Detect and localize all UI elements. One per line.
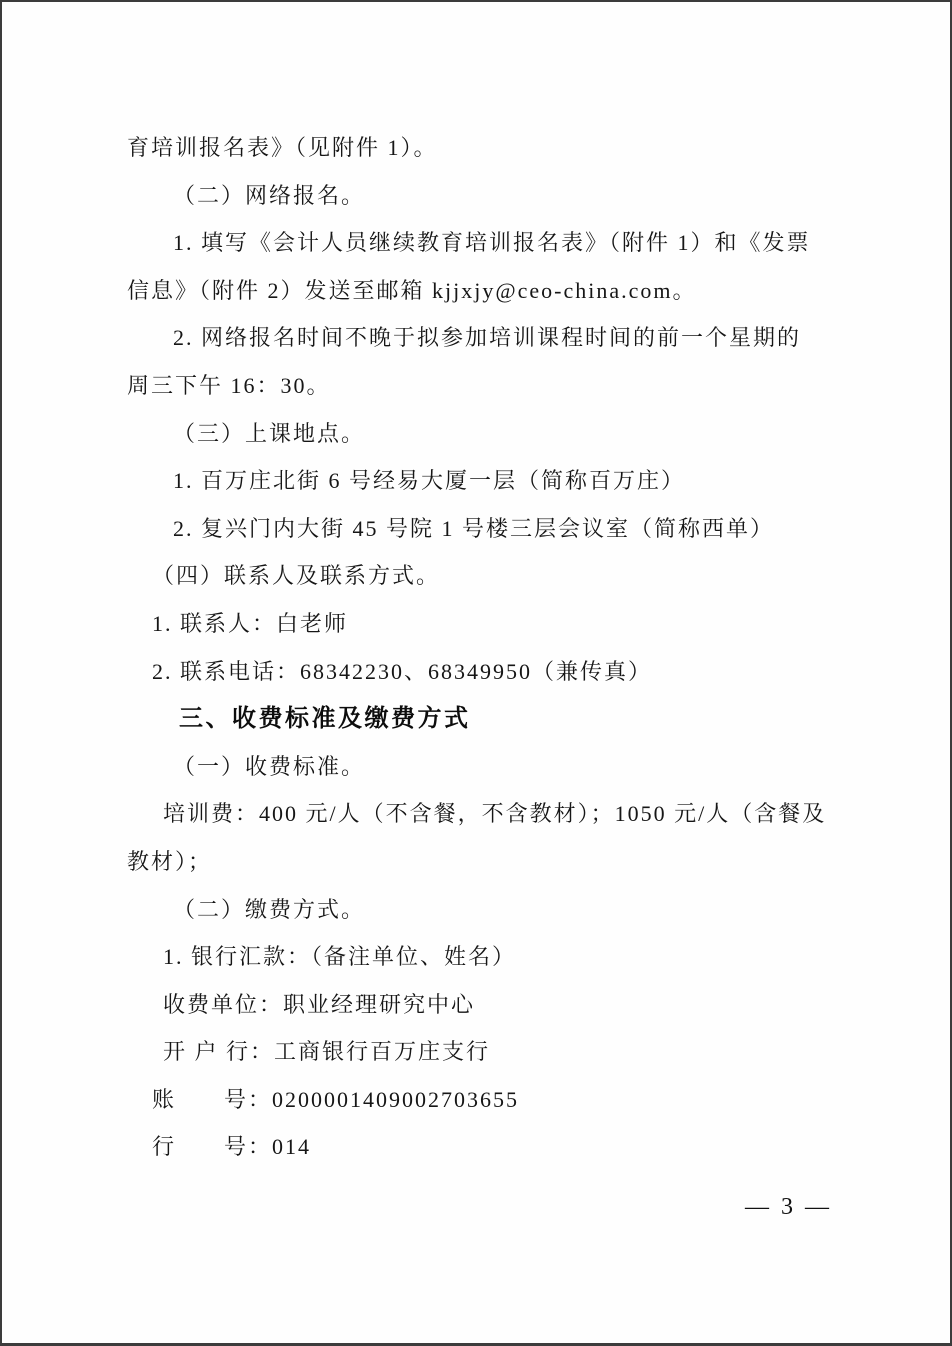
text-line: 1. 填写《会计人员继续教育培训报名表》（附件 1）和《发票 [127, 219, 832, 267]
text-line: 2. 复兴门内大街 45 号院 1 号楼三层会议室（简称西单） [127, 505, 832, 553]
text-line: 1. 银行汇款：（备注单位、姓名） [127, 933, 832, 981]
text-line-subheading: （四）联系人及联系方式。 [127, 552, 832, 600]
text-line-continuation: 教材）； [127, 838, 832, 886]
text-line-continuation: 周三下午 16：30。 [127, 362, 832, 410]
text-line-subheading: （一）收费标准。 [127, 743, 832, 791]
text-line-continuation: 信息》（附件 2）发送至邮箱 kjjxjy@ceo-china.com。 [127, 267, 832, 315]
document-body: 育培训报名表》（见附件 1）。 （二）网络报名。 1. 填写《会计人员继续教育培… [127, 124, 832, 1231]
text-line: 2. 网络报名时间不晚于拟参加培训课程时间的前一个星期的 [127, 314, 832, 362]
text-line-payee: 收费单位：职业经理研究中心 [127, 981, 832, 1029]
text-line-subheading: （三）上课地点。 [127, 410, 832, 458]
text-line-bank-branch: 开 户 行：工商银行百万庄支行 [127, 1028, 832, 1076]
text-line-subheading: （二）缴费方式。 [127, 886, 832, 934]
document-page: 育培训报名表》（见附件 1）。 （二）网络报名。 1. 填写《会计人员继续教育培… [0, 0, 952, 1346]
text-line: 1. 百万庄北街 6 号经易大厦一层（简称百万庄） [127, 457, 832, 505]
text-line-continuation: 育培训报名表》（见附件 1）。 [127, 124, 832, 172]
page-number: — 3 — [127, 1183, 832, 1231]
text-line-account-number: 账 号：0200001409002703655 [127, 1076, 832, 1124]
text-line-contact-name: 1. 联系人：白老师 [127, 600, 832, 648]
text-line-bank-code: 行 号：014 [127, 1123, 832, 1171]
text-line-contact-phone: 2. 联系电话：68342230、68349950（兼传真） [127, 648, 832, 696]
section-heading: 三、收费标准及缴费方式 [127, 695, 832, 743]
text-line-fee: 培训费：400 元/人（不含餐，不含教材）；1050 元/人（含餐及 [127, 790, 832, 838]
text-line-subheading: （二）网络报名。 [127, 172, 832, 220]
